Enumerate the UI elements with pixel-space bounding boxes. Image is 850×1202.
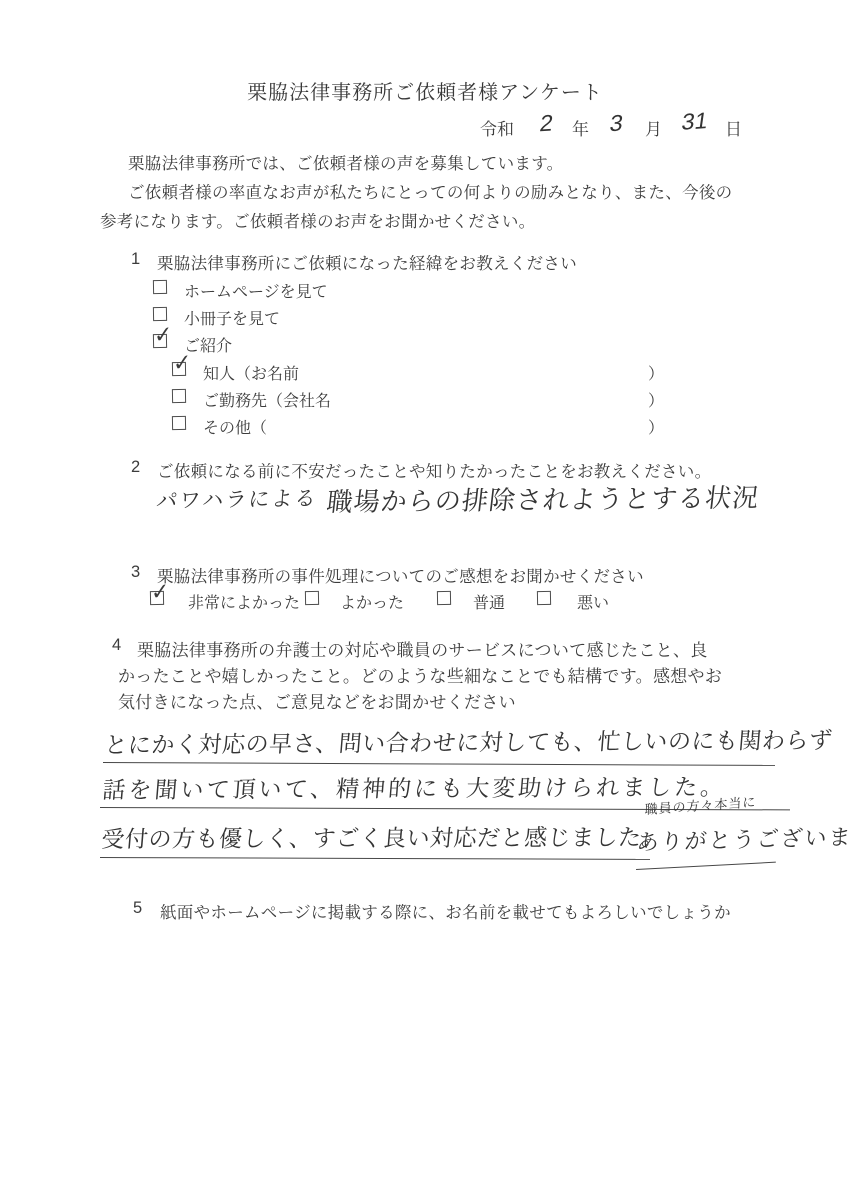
day-value-handwritten: 31 [680,107,710,136]
era-label: 令和 [480,115,514,140]
intro-line: 参考になります。ご依頼者様のお声をお聞かせください。 [100,208,535,232]
checkbox[interactable]: ✓ [172,362,186,376]
question-text: 紙面やホームページに掲載する際に、お名前を載せてもよろしいでしょうか [160,899,731,923]
checkbox[interactable]: ✓ [437,591,451,605]
day-label: 日 [725,115,742,140]
question-text-line: 栗脇法律事務所の弁護士の対応や職員のサービスについて感じたこと、良 [137,636,708,661]
handwritten-text: ありがとうございました [636,819,850,857]
check-icon: ✓ [151,580,170,604]
page-title: 栗脇法律事務所ご依頼者様アンケート [0,76,850,105]
handwritten-text: パワハラによる [155,482,319,515]
closing-paren: ） [648,361,664,384]
question-number: 5 [133,899,142,918]
q3-option-very-good: ✓ 非常によかった ✓ よかった ✓ 普通 ✓ 悪い [0,589,850,613]
option-label: ご紹介 [184,333,232,356]
option-label: 非常によかった [188,590,300,613]
handwritten-text: 話を聞いて頂いて、精神的にも大変助けられました。 [101,769,728,805]
handwritten-underline [103,762,775,766]
option-label: ご勤務先（会社名 [203,388,331,411]
checkbox[interactable]: ✓ [537,591,551,605]
month-label: 月 [645,115,662,140]
question-number: 2 [131,458,140,477]
check-icon: ✓ [154,323,173,347]
q1-option-employer: ✓ ご勤務先（会社名 ） [0,386,850,410]
question-text-line: 気付きになった点、ご意見などをお聞かせください [118,688,516,713]
option-label: 小冊子を見て [184,306,280,329]
q2-handwritten-answer: パワハラによる 職場からの排除されようとする状況 [158,482,761,519]
question-number: 1 [131,250,140,269]
option-label: よかった [340,590,404,613]
year-value-handwritten: 2 [538,110,555,138]
question-text-line: かったことや嬉しかったこと。どのような些細なことでも結構です。感想やお [118,662,722,687]
option-label: その他（ [203,415,267,438]
handwritten-underline [100,857,650,860]
q1-option-homepage: ✓ ホームページを見て [0,277,850,301]
question-text: 栗脇法律事務所にご依頼になった経緯をお教えください [157,250,577,274]
handwritten-text: 職場からの排除されようとする状況 [325,477,762,519]
intro-line: ご依頼者様の率直なお声が私たちにとっての何よりの励みとなり、また、今後の [128,179,732,203]
question-text: 栗脇法律事務所の事件処理についてのご感想をお聞かせください [157,563,644,587]
q1-option-booklet: ✓ 小冊子を見て [0,304,850,328]
checkbox[interactable]: ✓ [305,591,319,605]
closing-paren: ） [648,388,664,411]
question-number: 3 [131,563,140,582]
month-value-handwritten: 3 [608,110,625,138]
handwritten-text: とにかく対応の早さ、問い合わせに対しても、忙しいのにも関わらず [103,722,834,760]
checkbox[interactable]: ✓ [150,591,164,605]
scanned-survey-page: 栗脇法律事務所ご依頼者様アンケート 令和 2 年 3 月 31 日 栗脇法律事務… [0,0,850,1202]
closing-paren: ） [648,415,664,438]
option-label: 普通 [473,590,505,613]
checkbox[interactable]: ✓ [153,280,167,294]
checkbox[interactable]: ✓ [153,334,167,348]
handwritten-text: 受付の方も優しく、すごく良い対応だと感じました。 [100,819,666,854]
q1-option-referral: ✓ ご紹介 [0,331,850,355]
option-label: 知人（お名前 [203,361,299,384]
checkbox[interactable]: ✓ [153,307,167,321]
check-icon: ✓ [173,351,192,375]
checkbox[interactable]: ✓ [172,416,186,430]
year-label: 年 [572,115,589,140]
q1-option-other: ✓ その他（ ） [0,413,850,437]
option-label: ホームページを見て [184,279,328,302]
intro-line: 栗脇法律事務所では、ご依頼者様の声を募集しています。 [128,150,563,174]
option-label: 悪い [577,590,609,613]
question-number: 4 [112,636,121,655]
handwritten-underline [636,862,776,870]
checkbox[interactable]: ✓ [172,389,186,403]
q1-option-acquaintance: ✓ 知人（お名前 ） [0,359,850,383]
